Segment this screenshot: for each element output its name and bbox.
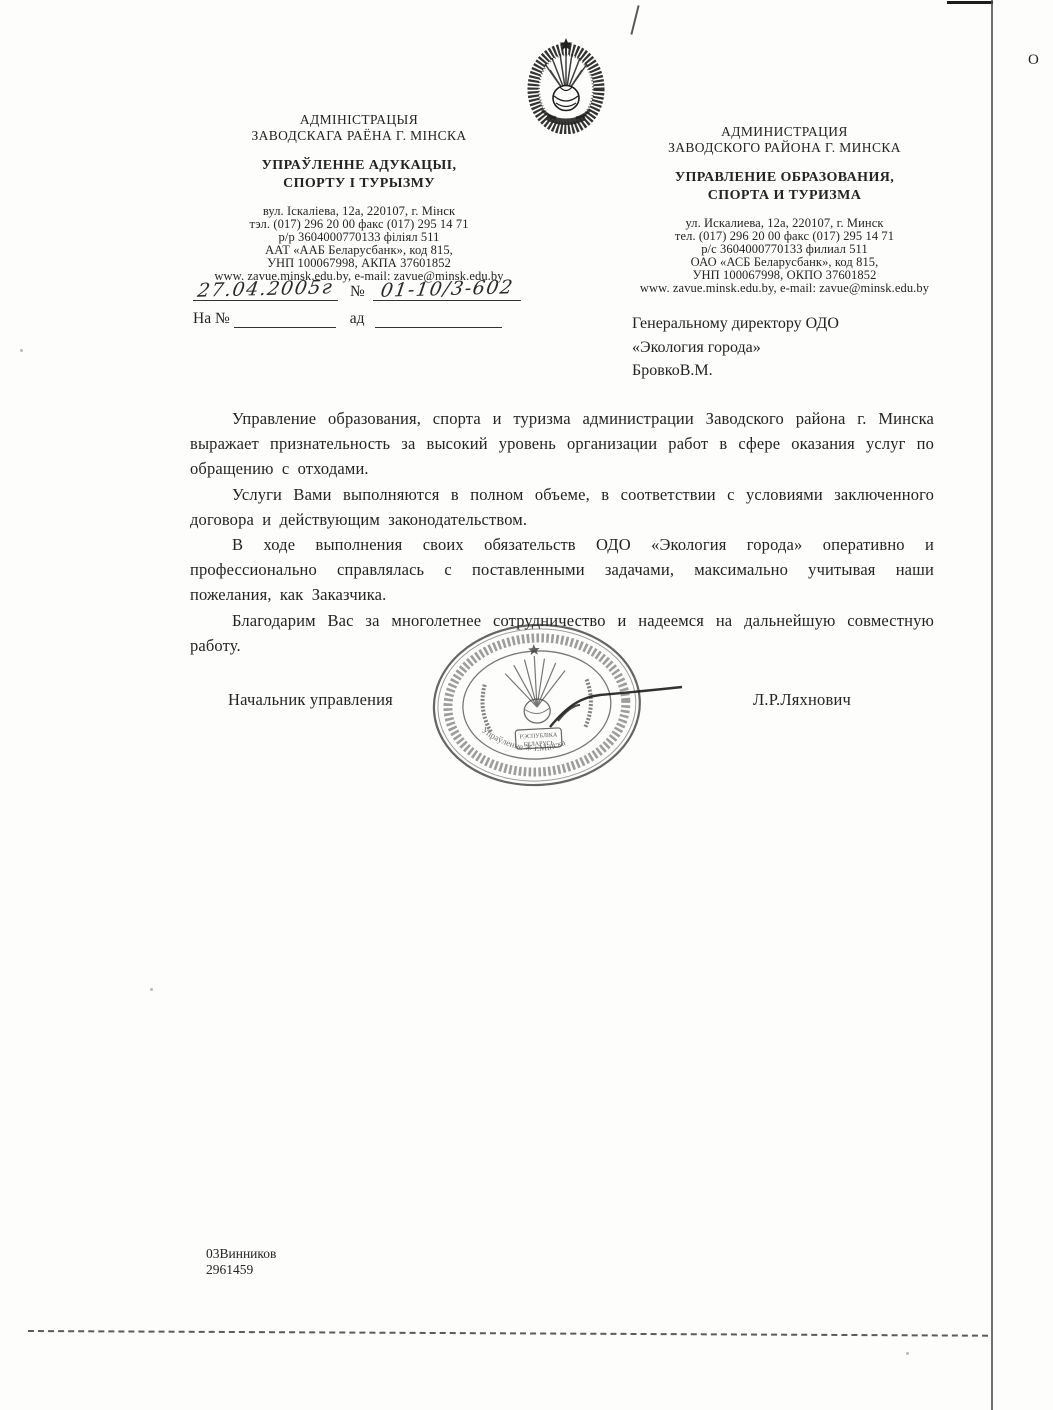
addressee-position: Генеральному директору ОДО <box>632 312 952 336</box>
scan-speck <box>906 1352 909 1355</box>
reference-line: 27.04.2005г № 01-10/3-602 <box>193 278 533 301</box>
handwritten-date: 27.04.2005г <box>196 276 335 302</box>
dept-name-line: УПРАЎЛЕННЕ АДУКАЦЫІ, <box>185 157 533 175</box>
reply-reference-line: На № ад <box>193 309 553 328</box>
reply-date-blank <box>375 309 502 328</box>
tear-off-dashed-line <box>28 1330 988 1337</box>
dept-name-line: УПРАВЛЕНИЕ ОБРАЗОВАНИЯ, <box>612 169 957 187</box>
dept-name-line: СПОРТУ І ТУРЫЗМУ <box>185 175 533 193</box>
scan-slash-mark <box>630 5 639 35</box>
org-name-line: ЗАВОДСКОГО РАЙОНА Г. МИНСКА <box>612 140 957 156</box>
scan-corner-mark: О <box>1028 52 1040 69</box>
stamp-star-icon <box>528 644 540 655</box>
belarus-coat-of-arms <box>524 36 608 134</box>
scanned-letter-page: О АДМІНІСТРАЦЫЯ ЗАВОДСКАГА РАЁНА Г. МІНС <box>0 0 1053 1410</box>
org-name-line: АДМІНІСТРАЦЫЯ <box>185 112 533 128</box>
handwritten-number: 01-10/3-602 <box>379 276 515 301</box>
addressee-block: Генеральному директору ОДО «Экология гор… <box>632 312 952 383</box>
org-name-line: АДМИНИСТРАЦИЯ <box>612 124 957 140</box>
number-sign: № <box>350 283 365 300</box>
addressee-name: БровкоВ.М. <box>632 359 952 383</box>
letterhead-left: АДМІНІСТРАЦЫЯ ЗАВОДСКАГА РАЁНА Г. МІНСКА… <box>185 112 533 283</box>
reply-connector: ад <box>350 310 365 327</box>
executor-phone: 2961459 <box>206 1262 276 1278</box>
signer-name: Л.Р.Ляхнович <box>753 690 851 710</box>
body-paragraph: Услуги Вами выполняются в полном объеме,… <box>190 482 934 532</box>
pen-signature <box>540 675 690 735</box>
executor-block: 03Винников 2961459 <box>206 1246 276 1278</box>
signer-title: Начальник управления <box>228 690 393 710</box>
body-paragraph: В ходе выполнения своих обязательств ОДО… <box>190 532 934 608</box>
letterhead-right: АДМИНИСТРАЦИЯ ЗАВОДСКОГО РАЙОНА Г. МИНСК… <box>612 124 957 295</box>
scan-top-edge-line <box>947 1 993 4</box>
executor-name: 03Винников <box>206 1246 276 1262</box>
scan-right-edge-line <box>991 0 993 1410</box>
scan-speck <box>150 988 153 991</box>
outgoing-number-field: 01-10/3-602 <box>373 278 521 301</box>
reply-label: На № <box>193 310 230 327</box>
web-email-line: www. zavue.minsk.edu.by, e-mail: zavue@m… <box>612 282 957 295</box>
body-paragraph: Управление образования, спорта и туризма… <box>190 406 934 482</box>
scan-speck <box>20 349 23 352</box>
reply-number-blank <box>234 309 336 328</box>
outgoing-date-field: 27.04.2005г <box>193 278 338 301</box>
addressee-organization: «Экология города» <box>632 336 952 360</box>
dept-name-line: СПОРТА И ТУРИЗМА <box>612 187 957 205</box>
org-name-line: ЗАВОДСКАГА РАЁНА Г. МІНСКА <box>185 128 533 144</box>
